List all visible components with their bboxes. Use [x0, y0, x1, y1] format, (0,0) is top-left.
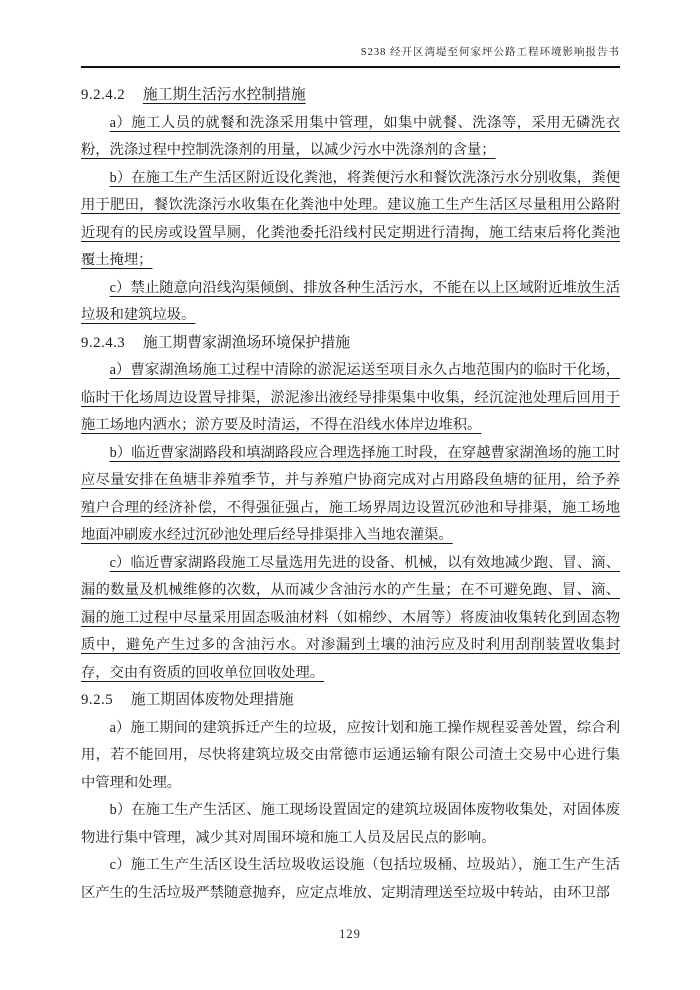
section-title: 施工期曹家湖渔场环境保护措施: [143, 335, 350, 351]
running-header-title: S238 经开区湾堤至何家坪公路工程环境影响报告书: [81, 46, 620, 60]
section-title: 施工期固体废物处理措施: [131, 692, 294, 708]
section-heading-9243: 9.2.4.3 施工期曹家湖渔场环境保护措施: [81, 330, 620, 358]
paragraph: a）施工期间的建筑拆迁产生的垃圾，应按计划和施工操作规程妥善处置，综合利用，若不…: [81, 715, 620, 798]
paragraph: c）临近曹家湖路段施工尽量选用先进的设备、机械，以有效地减少跑、冒、滴、漏的数量…: [81, 550, 620, 688]
page-number: 129: [339, 927, 361, 941]
page-header: S238 经开区湾堤至何家坪公路工程环境影响报告书: [81, 46, 620, 68]
header-divider: [81, 66, 620, 68]
page-footer: 129: [0, 927, 700, 942]
paragraph: c）禁止随意向沿线沟渠倾倒、排放各种生活污水，不能在以上区域附近堆放生活垃圾和建…: [81, 275, 620, 330]
paragraph: a）曹家湖渔场施工过程中清除的淤泥运送至项目永久占地范围内的临时干化场，临时干化…: [81, 357, 620, 440]
section-number: 9.2.5: [81, 692, 113, 708]
paragraph: b）在施工生产生活区、施工现场设置固定的建筑垃圾固体废物收集处，对固体废物进行集…: [81, 797, 620, 852]
section-heading-925: 9.2.5 施工期固体废物处理措施: [81, 687, 620, 715]
section-heading-9242: 9.2.4.2 施工期生活污水控制措施: [81, 82, 620, 110]
section-number: 9.2.4.3: [81, 335, 125, 351]
section-number: 9.2.4.2: [81, 87, 125, 103]
document-page: S238 经开区湾堤至何家坪公路工程环境影响报告书 9.2.4.2 施工期生活污…: [0, 0, 700, 990]
document-body: 9.2.4.2 施工期生活污水控制措施 a）施工人员的就餐和洗涤采用集中管理，如…: [81, 82, 620, 907]
paragraph: b）临近曹家湖路段和填湖路段应合理选择施工时段，在穿越曹家湖渔场的施工时应尽量安…: [81, 440, 620, 550]
paragraph: a）施工人员的就餐和洗涤采用集中管理，如集中就餐、洗涤等，采用无磷洗衣粉，洗涤过…: [81, 110, 620, 165]
paragraph: c）施工生产生活区设生活垃圾收运设施（包括垃圾桶、垃圾站），施工生产生活区产生的…: [81, 852, 620, 907]
paragraph: b）在施工生产生活区附近设化粪池，将粪便污水和餐饮洗涤污水分别收集，粪便用于肥田…: [81, 165, 620, 275]
section-title: 施工期生活污水控制措施: [143, 87, 306, 103]
